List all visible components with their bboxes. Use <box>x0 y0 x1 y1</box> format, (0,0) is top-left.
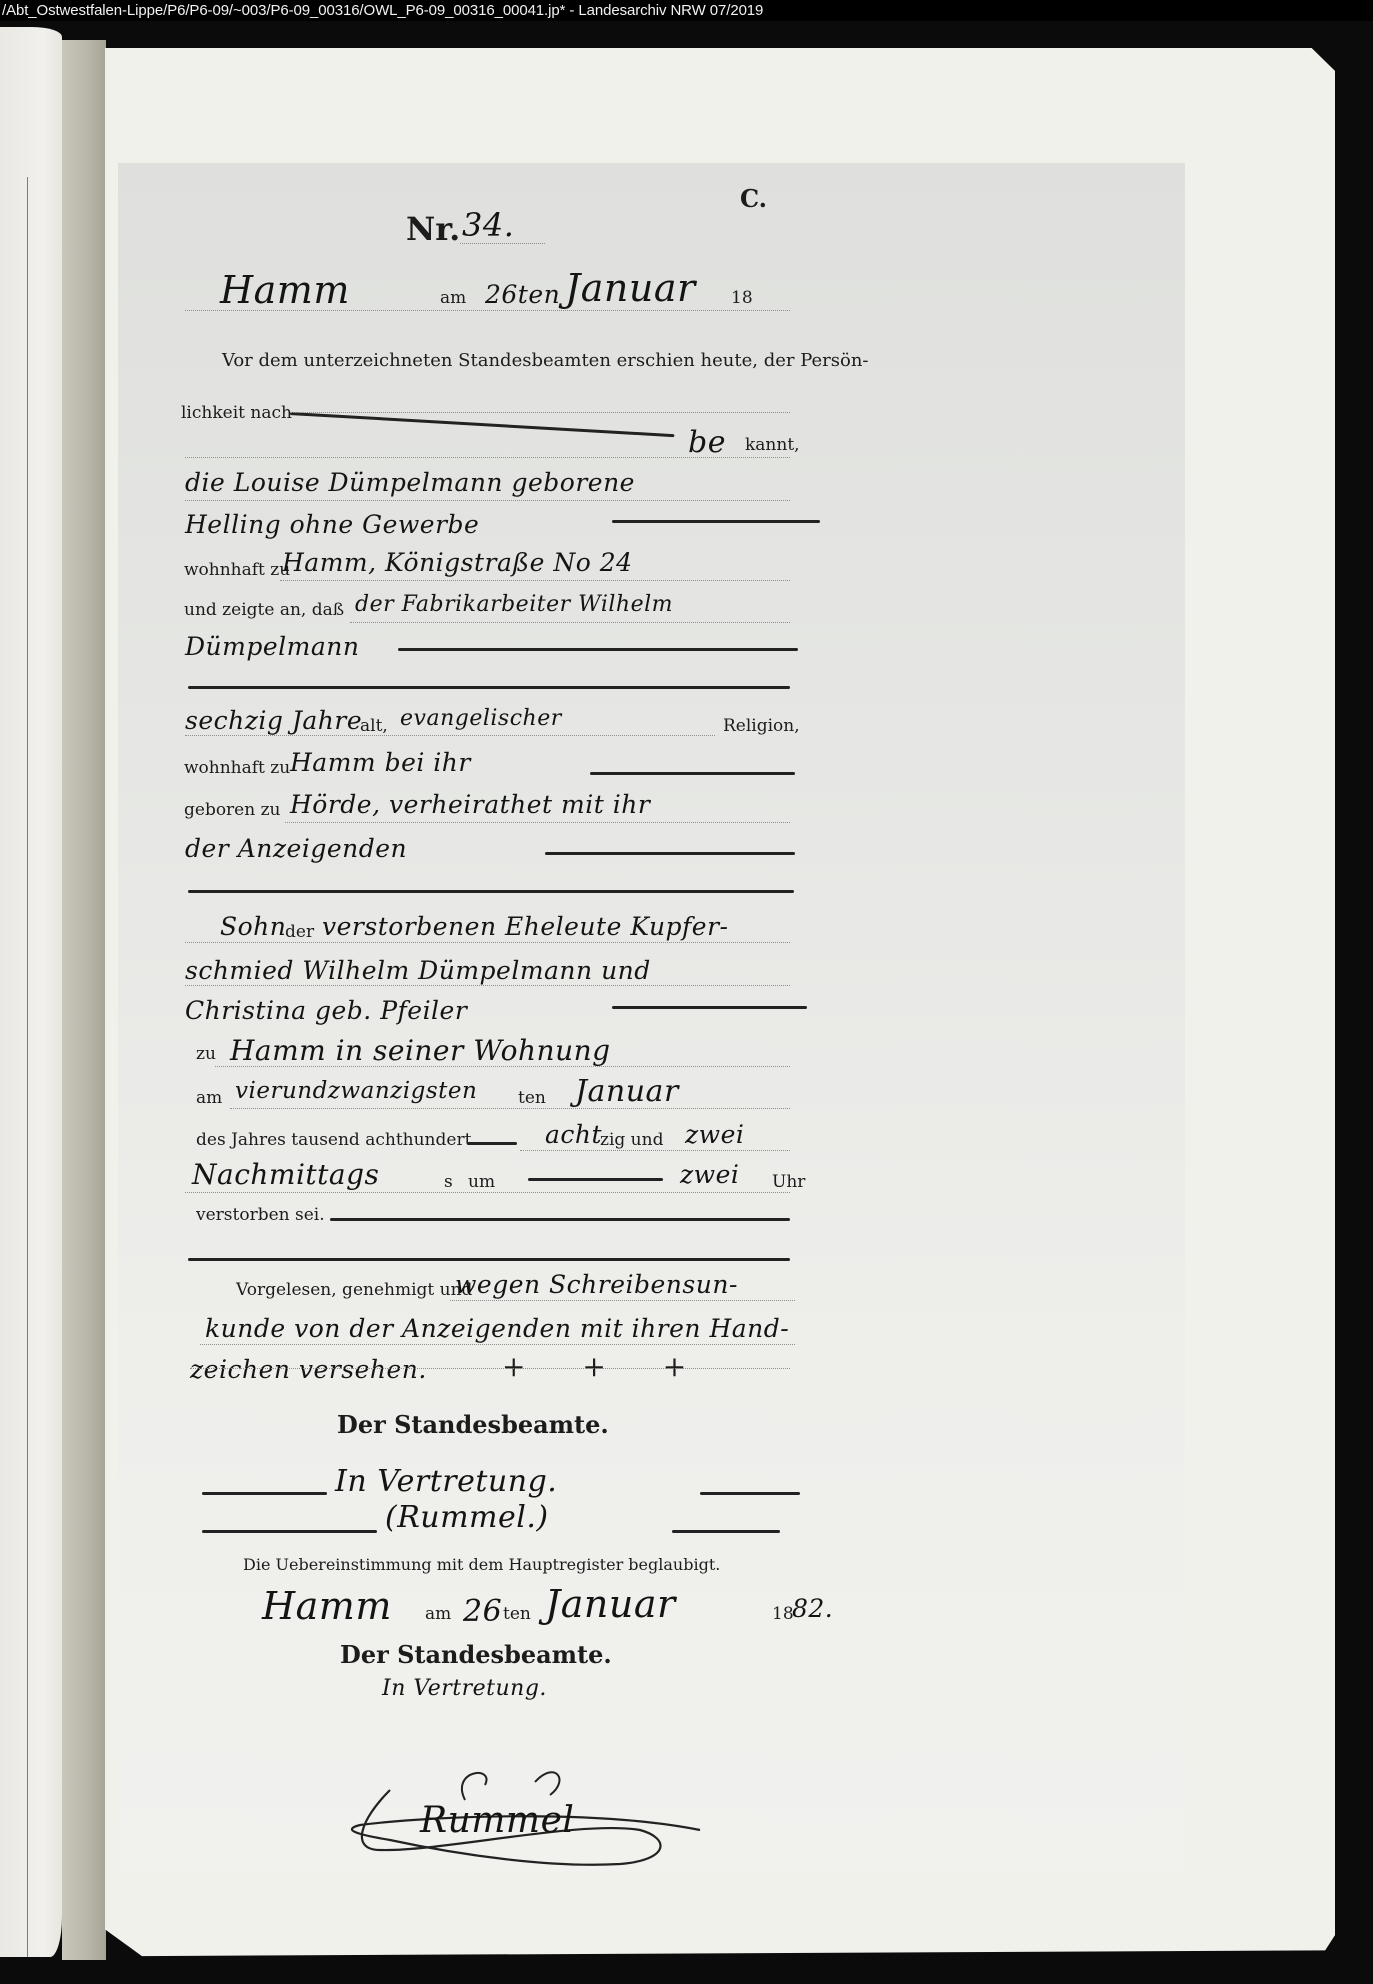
certification-year-prefix: 18 <box>772 1604 794 1624</box>
closing-label: Vorgelesen, genehmigt und <box>236 1280 472 1300</box>
deceased-residence: Hamm bei ihr <box>290 748 471 777</box>
parents-hand-a: Sohn <box>220 912 286 941</box>
parents-line-2: schmied Wilhelm Dümpelmann und <box>185 956 651 985</box>
signature-1-line-2: (Rummel.) <box>385 1500 549 1535</box>
death-day-suffix: ten <box>518 1088 546 1108</box>
closing-line-2: kunde von der Anzeigenden mit ihren Hand… <box>205 1314 789 1343</box>
registrar-heading-2: Der Standesbeamte. <box>340 1640 612 1669</box>
certification-text: Die Uebereinstimmung mit dem Hauptregist… <box>243 1555 720 1574</box>
month-handwritten: Januar <box>565 266 696 310</box>
report-value: der Fabrikarbeiter Wilhelm <box>355 592 673 617</box>
death-place: Hamm in seiner Wohnung <box>230 1034 611 1067</box>
year-prefix: 18 <box>731 288 753 308</box>
informant-line-1: die Louise Dümpelmann geborene <box>185 468 635 497</box>
informant-line-2: Helling ohne Gewerbe <box>185 510 479 539</box>
deceased-residence-label: wohnhaft zu <box>184 758 290 778</box>
death-day: vierundzwanzigsten <box>235 1078 477 1104</box>
report-label: und zeigte an, daß <box>184 600 344 620</box>
signature-2-line-1: In Vertretung. <box>382 1676 547 1701</box>
hour-label: Uhr <box>772 1172 805 1192</box>
informant-residence-label: wohnhaft zu <box>184 560 290 580</box>
death-day-label: am <box>196 1088 222 1108</box>
time-suffix: s <box>444 1172 453 1192</box>
age-value: sechzig Jahre <box>185 706 362 735</box>
certification-day-suffix: ten <box>503 1604 531 1624</box>
death-register-entry: C. Nr. 34. Hamm am 26ten Januar 18 Vor d… <box>0 0 1373 1984</box>
intro-text: Vor dem unterzeichneten Standesbeamten e… <box>222 350 869 371</box>
entry-number: 34. <box>462 206 514 244</box>
um-label: um <box>468 1172 495 1192</box>
religion-label: Religion, <box>723 716 800 736</box>
certification-year-suffix: 82. <box>792 1594 833 1623</box>
parents-line-3: Christina geb. Pfeiler <box>185 996 467 1025</box>
certification-day: 26 <box>463 1594 502 1629</box>
year-decade-suffix: zig und <box>600 1130 663 1150</box>
signature-2: Rummel <box>420 1800 574 1841</box>
parents-hand-b: verstorbenen Eheleute Kupfer- <box>322 912 729 941</box>
form-letter: C. <box>740 184 767 213</box>
time-value: Nachmittags <box>192 1158 379 1191</box>
informant-residence: Hamm, Königstraße No 24 <box>282 548 633 577</box>
identity-label: lichkeit nach <box>181 403 292 423</box>
hand-marks: + + + <box>502 1350 710 1383</box>
signature-1-line-1: In Vertretung. <box>335 1464 557 1499</box>
parents-print: der <box>285 922 314 942</box>
closing-line-3: zeichen versehen. <box>190 1355 427 1384</box>
birth-label: geboren zu <box>184 800 281 820</box>
number-label: Nr. <box>406 210 460 248</box>
verstorben-label: verstorben sei. <box>196 1205 325 1225</box>
certification-am: am <box>425 1604 451 1624</box>
certification-place: Hamm <box>262 1584 392 1628</box>
registrar-heading-1: Der Standesbeamte. <box>337 1410 609 1439</box>
year-label: des Jahres tausend achthundert <box>196 1130 471 1150</box>
identity-printed-suffix: kannt, <box>745 435 800 455</box>
year-unit: zwei <box>685 1120 744 1149</box>
birth-value: Hörde, verheirathet mit ihr <box>290 790 650 819</box>
certification-month: Januar <box>545 1582 676 1626</box>
report-value-2: Dümpelmann <box>185 632 359 661</box>
birth-value-2: der Anzeigenden <box>185 834 407 863</box>
day-handwritten: 26ten <box>485 280 560 309</box>
year-decade: acht <box>545 1120 602 1149</box>
age-label: alt, <box>360 716 388 736</box>
closing-line-1: wegen Schreibensun- <box>455 1270 738 1299</box>
place-handwritten: Hamm <box>220 268 350 312</box>
identity-handwritten: be <box>688 425 726 460</box>
religion-value: evangelischer <box>400 706 562 731</box>
hour-value: zwei <box>680 1160 739 1189</box>
death-place-label: zu <box>196 1044 216 1064</box>
death-month: Januar <box>575 1074 679 1109</box>
am-label: am <box>440 288 466 308</box>
